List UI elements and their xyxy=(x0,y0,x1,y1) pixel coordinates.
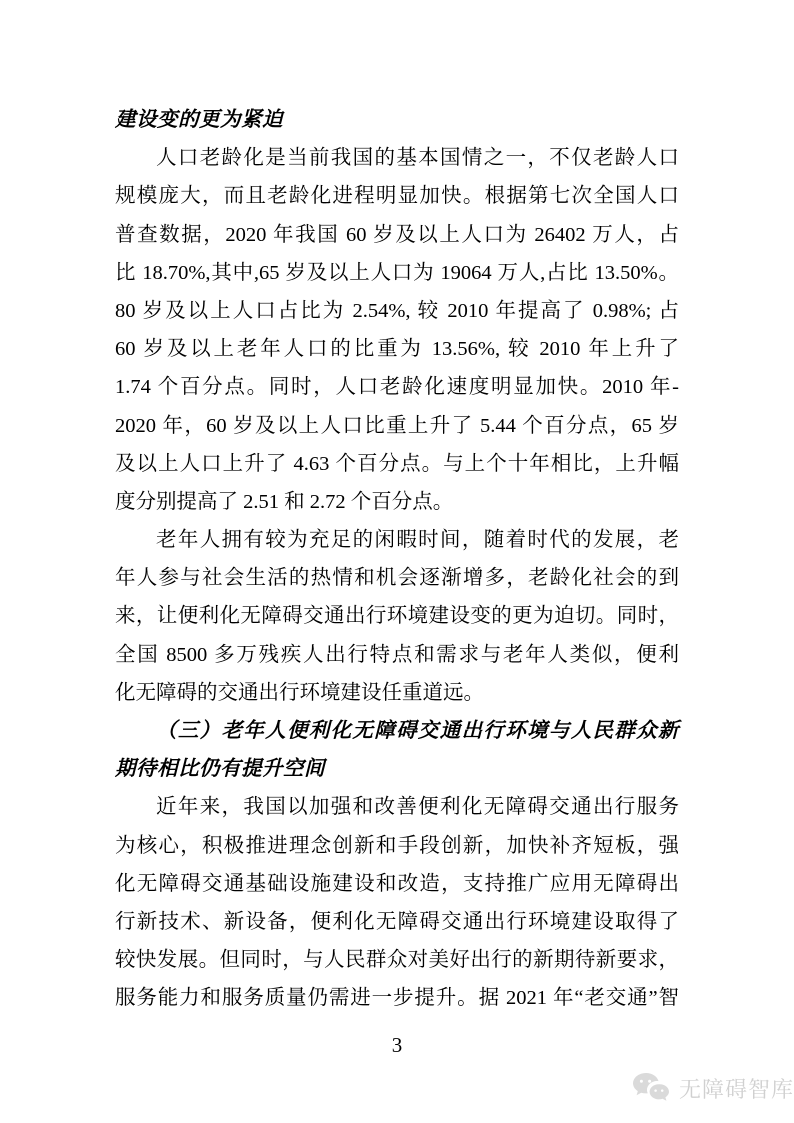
paragraph-line: 服务能力和服务质量仍需进一步提升。据 2021 年“老交通”智 xyxy=(115,979,679,1017)
subsection-heading: 期待相比仍有提升空间 xyxy=(115,750,679,788)
paragraph-line: 较快发展。但同时，与人民群众对美好出行的新期待新要求， xyxy=(115,941,679,979)
document-body: 建设变的更为紧迫 人口老龄化是当前我国的基本国情之一，不仅老龄人口 规模庞大，而… xyxy=(115,101,679,1018)
watermark-brand: 无障碍智库 xyxy=(630,1068,794,1108)
paragraph-line: 行新技术、新设备，便利化无障碍交通出行环境建设取得了 xyxy=(115,903,679,941)
paragraph-line: 来，让便利化无障碍交通出行环境建设变的更为迫切。同时， xyxy=(115,597,679,635)
paragraph-line: 60 岁及以上老年人口的比重为 13.56%, 较 2010 年上升了 xyxy=(115,330,679,368)
chat-bubbles-icon xyxy=(630,1070,672,1106)
paragraph-line: 老年人拥有较为充足的闲暇时间，随着时代的发展，老 xyxy=(115,521,679,559)
paragraph-line: 80 岁及以上人口占比为 2.54%, 较 2010 年提高了 0.98%; 占 xyxy=(115,292,679,330)
paragraph-line: 度分别提高了 2.51 和 2.72 个百分点。 xyxy=(115,483,679,521)
paragraph-line: 人口老龄化是当前我国的基本国情之一，不仅老龄人口 xyxy=(115,139,679,177)
paragraph-line: 比 18.70%,其中,65 岁及以上人口为 19064 万人,占比 13.50… xyxy=(115,254,679,292)
paragraph-line: 全国 8500 多万残疾人出行特点和需求与老年人类似，便利 xyxy=(115,636,679,674)
subsection-heading: （三）老年人便利化无障碍交通出行环境与人民群众新 xyxy=(115,712,679,750)
paragraph-line: 为核心，积极推进理念创新和手段创新，加快补齐短板，强 xyxy=(115,827,679,865)
paragraph-line: 1.74 个百分点。同时，人口老龄化速度明显加快。2010 年- xyxy=(115,368,679,406)
paragraph-line: 化无障碍交通基础设施建设和改造，支持推广应用无障碍出 xyxy=(115,865,679,903)
paragraph-line: 年人参与社会生活的热情和机会逐渐增多，老龄化社会的到 xyxy=(115,559,679,597)
paragraph-line: 化无障碍的交通出行环境建设任重道远。 xyxy=(115,674,679,712)
paragraph-line: 及以上人口上升了 4.63 个百分点。与上个十年相比，上升幅 xyxy=(115,445,679,483)
paragraph-line: 普查数据，2020 年我国 60 岁及以上人口为 26402 万人，占 xyxy=(115,216,679,254)
watermark-brand-label: 无障碍智库 xyxy=(679,1073,794,1104)
page-number: 3 xyxy=(0,1033,794,1058)
paragraph-line: 2020 年，60 岁及以上人口比重上升了 5.44 个百分点，65 岁 xyxy=(115,407,679,445)
document-page: 建设变的更为紧迫 人口老龄化是当前我国的基本国情之一，不仅老龄人口 规模庞大，而… xyxy=(0,0,794,1123)
paragraph-line: 规模庞大，而且老龄化进程明显加快。根据第七次全国人口 xyxy=(115,177,679,215)
paragraph-line: 近年来，我国以加强和改善便利化无障碍交通出行服务 xyxy=(115,788,679,826)
section-heading-tail: 建设变的更为紧迫 xyxy=(115,101,679,139)
